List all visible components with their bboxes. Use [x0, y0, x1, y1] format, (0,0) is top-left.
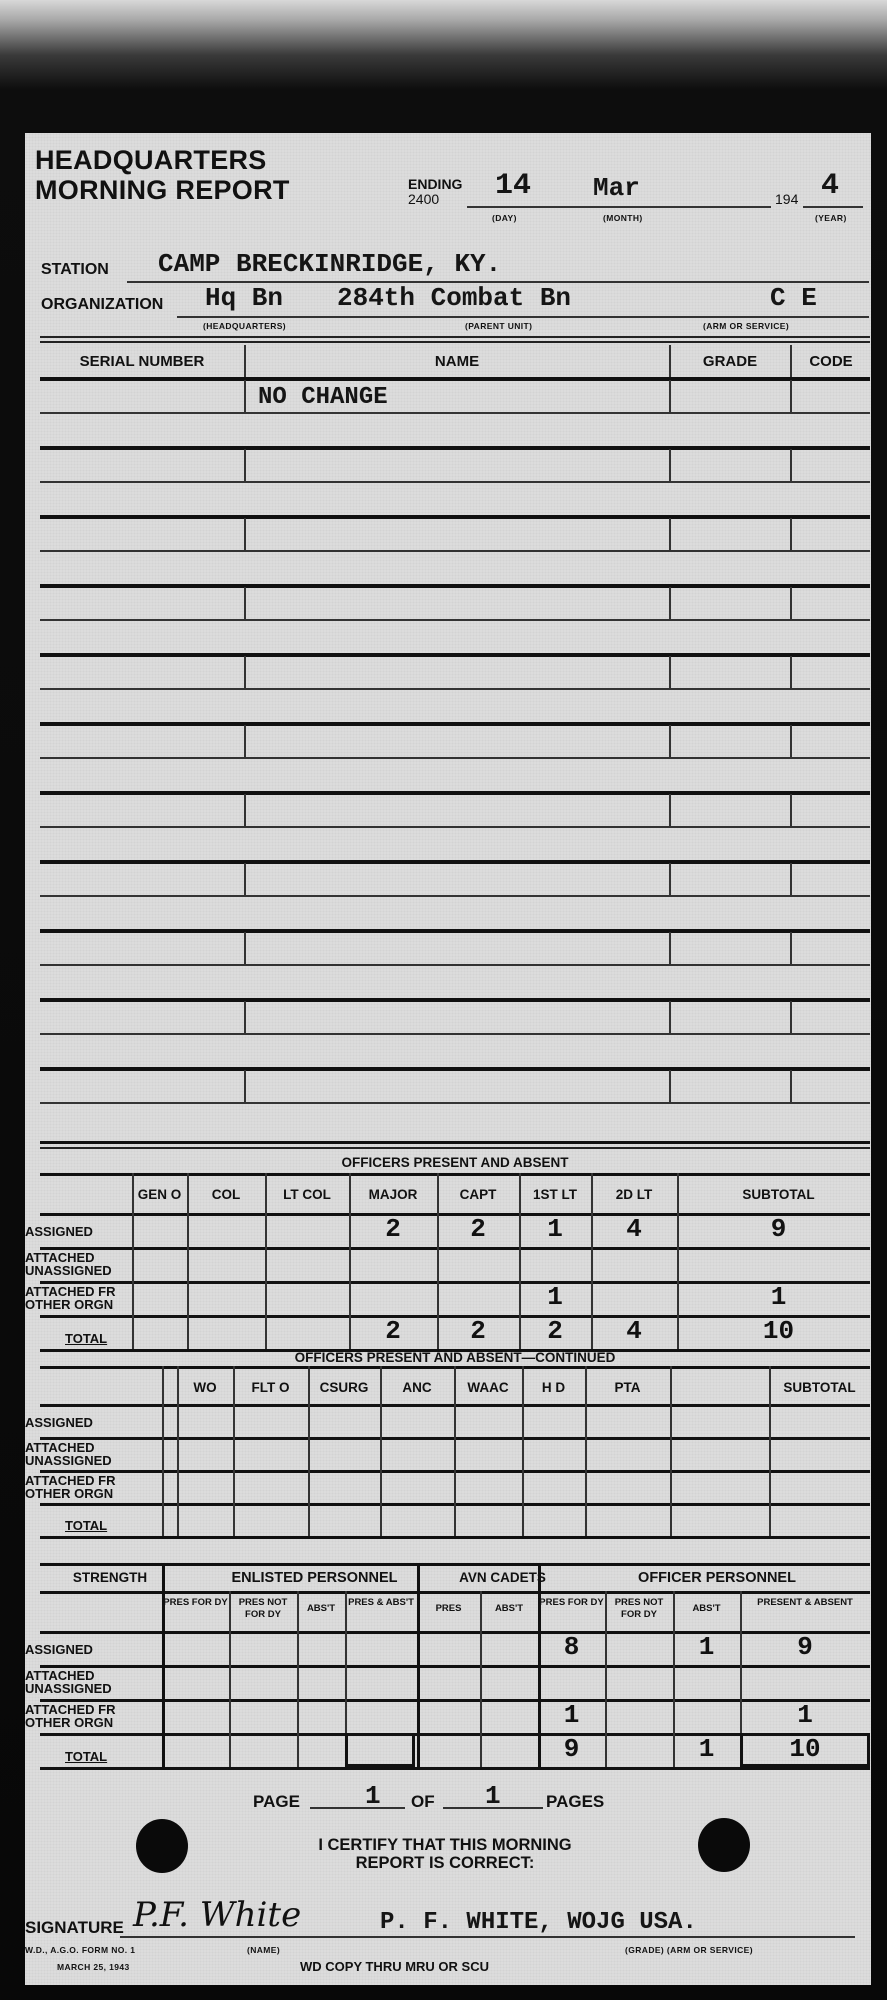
headquarters-caption: (HEADQUARTERS) — [203, 321, 286, 331]
station-label: STATION — [41, 261, 109, 279]
column-header-col: COL — [187, 1187, 265, 1202]
cell-value: 2 — [349, 1214, 437, 1244]
pages-label: PAGES — [546, 1792, 604, 1812]
row-label-assigned: ASSIGNED — [25, 1416, 145, 1429]
organization-arm: C E — [770, 283, 817, 313]
column-header-subtotal: SUBTOTAL — [769, 1380, 870, 1395]
station-value: CAMP BRECKINRIDGE, KY. — [158, 249, 501, 279]
cell-value: 2 — [437, 1316, 519, 1346]
column-divider — [669, 587, 671, 620]
column-divider — [790, 932, 792, 965]
grade-caption: (GRADE) (ARM OR SERVICE) — [625, 1945, 753, 1955]
column-divider — [244, 794, 246, 827]
of-label: OF — [411, 1792, 435, 1812]
cell-value: 1 — [740, 1700, 870, 1730]
page-number-line — [310, 1807, 405, 1809]
column-divider — [669, 1070, 671, 1103]
column-header-wo: WO — [177, 1380, 233, 1395]
organization-headquarters: Hq Bn — [205, 283, 283, 313]
row-top-rule — [40, 929, 870, 933]
column-divider — [244, 449, 246, 482]
column-header-anc: ANC — [380, 1380, 454, 1395]
year-value: 4 — [821, 169, 839, 203]
form-date: MARCH 25, 1943 — [57, 1962, 130, 1972]
column-header-pres-abs-t: PRES & ABS'T — [345, 1597, 417, 1609]
column-divider — [669, 380, 671, 413]
year-line — [803, 206, 863, 208]
row-label-total: TOTAL — [65, 1332, 107, 1345]
row-label-total: TOTAL — [65, 1519, 107, 1532]
row-top-rule — [40, 998, 870, 1002]
group-divider — [162, 1563, 165, 1767]
row-top-rule — [40, 860, 870, 864]
row-top-rule — [40, 584, 870, 588]
table-row-rule — [40, 1536, 870, 1539]
column-header-subtotal: SUBTOTAL — [677, 1187, 880, 1202]
row-label-assigned: ASSIGNED — [25, 1643, 145, 1656]
entries-end-rule-1 — [40, 1141, 870, 1144]
column-header-waac: WAAC — [454, 1380, 522, 1395]
column-divider — [790, 656, 792, 689]
punch-hole-left — [136, 1819, 188, 1873]
handwritten-signature: P.F. White — [133, 1895, 301, 1935]
row-label-attached-fr-other-orgn: ATTACHED FR OTHER ORGN — [25, 1703, 145, 1729]
day-caption: (DAY) — [492, 213, 517, 223]
cell-value: 9 — [538, 1734, 605, 1764]
column-header-abs-t: ABS'T — [297, 1603, 345, 1615]
row-label-attached-unassigned: ATTACHED UNASSIGNED — [25, 1251, 145, 1277]
column-divider — [132, 1173, 134, 1349]
day-value: 14 — [495, 169, 531, 203]
column-header-csurg: CSURG — [308, 1380, 380, 1395]
page-number: 1 — [365, 1781, 381, 1811]
form-title-line2: MORNING REPORT — [35, 175, 290, 205]
column-divider — [244, 932, 246, 965]
column-divider — [790, 863, 792, 896]
row-bottom-rule — [40, 895, 870, 897]
column-header-flt-o: FLT O — [233, 1380, 308, 1395]
table-row-rule — [40, 1767, 870, 1770]
morning-report-form: HEADQUARTERS MORNING REPORT ENDING 2400 … — [25, 133, 871, 1985]
column-divider — [244, 587, 246, 620]
column-divider — [244, 656, 246, 689]
column-divider — [790, 449, 792, 482]
cell-value: 2 — [349, 1316, 437, 1346]
column-divider — [297, 1591, 299, 1767]
cell-value: 8 — [538, 1632, 605, 1662]
column-divider — [669, 518, 671, 551]
total-pages: 1 — [485, 1781, 501, 1811]
column-divider — [669, 449, 671, 482]
row-label-total: TOTAL — [65, 1750, 107, 1763]
cell-value: 1 — [673, 1632, 740, 1662]
certification-text: I CERTIFY THAT THIS MORNING REPORT IS CO… — [265, 1836, 625, 1872]
divider — [244, 345, 246, 378]
row-top-rule — [40, 1067, 870, 1071]
row-bottom-rule — [40, 619, 870, 621]
column-divider — [244, 1001, 246, 1034]
officers-table-title: OFFICERS PRESENT AND ABSENT — [40, 1155, 870, 1170]
month-value: Mar — [593, 173, 640, 203]
year-prefix: 194 — [775, 191, 798, 207]
group-divider — [417, 1563, 420, 1767]
header-bottom-rule — [40, 377, 870, 381]
col-header-serial: SERIAL NUMBER — [40, 353, 244, 370]
column-divider — [670, 1366, 672, 1536]
column-header-pta: PTA — [585, 1380, 670, 1395]
month-caption: (MONTH) — [603, 213, 643, 223]
organization-line — [177, 316, 869, 318]
column-divider — [244, 518, 246, 551]
row-top-rule — [40, 446, 870, 450]
ending-label: ENDING 2400 — [408, 177, 462, 207]
column-divider — [480, 1591, 482, 1767]
row-bottom-rule — [40, 1102, 870, 1104]
entries-end-rule-2 — [40, 1147, 870, 1149]
officer-personnel-title: OFFICER PERSONNEL — [563, 1570, 871, 1586]
date-line — [467, 206, 771, 208]
col-header-grade: GRADE — [670, 353, 790, 370]
divider — [790, 345, 792, 378]
column-header-h-d: H D — [522, 1380, 585, 1395]
table-top-rule — [40, 1173, 870, 1176]
cell-value: 1 — [673, 1734, 740, 1764]
signature-label: SIGNATURE — [25, 1918, 124, 1938]
row-label-assigned: ASSIGNED — [25, 1225, 145, 1238]
cell-value: 9 — [740, 1632, 870, 1662]
column-divider — [244, 725, 246, 758]
column-divider — [669, 1001, 671, 1034]
strength-label: STRENGTH — [40, 1570, 180, 1585]
column-header-abs-t: ABS'T — [480, 1603, 538, 1615]
officers-continued-title: OFFICERS PRESENT AND ABSENT—CONTINUED — [40, 1350, 870, 1365]
cell-value: 2 — [437, 1214, 519, 1244]
row-bottom-rule — [40, 550, 870, 552]
cell-value: 10 — [677, 1316, 880, 1346]
officer-total-box — [740, 1733, 870, 1767]
enlisted-total-box — [345, 1733, 415, 1767]
column-header-lt-col: LT COL — [265, 1187, 349, 1202]
divider — [669, 345, 671, 378]
column-header-2d-lt: 2D LT — [591, 1187, 677, 1202]
copy-note: WD COPY THRU MRU OR SCU — [300, 1959, 489, 1974]
ending-label-text: ENDING — [408, 177, 462, 192]
row-label-attached-unassigned: ATTACHED UNASSIGNED — [25, 1669, 145, 1695]
column-header-gen-o: GEN O — [132, 1187, 187, 1202]
row-bottom-rule — [40, 1033, 870, 1035]
column-divider — [790, 725, 792, 758]
row-bottom-rule — [40, 757, 870, 759]
cell-value: 1 — [519, 1214, 591, 1244]
column-header-pres-not-for-dy: PRES NOT FOR DY — [605, 1597, 673, 1621]
row-top-rule — [40, 653, 870, 657]
row-bottom-rule — [40, 826, 870, 828]
col-header-code: CODE — [791, 353, 871, 370]
year-caption: (YEAR) — [815, 213, 847, 223]
column-divider — [669, 794, 671, 827]
name-caption: (NAME) — [247, 1945, 280, 1955]
page-label: PAGE — [253, 1792, 300, 1812]
column-divider — [790, 518, 792, 551]
row-top-rule — [40, 722, 870, 726]
enlisted-personnel-title: ENLISTED PERSONNEL — [187, 1570, 442, 1586]
column-divider — [244, 380, 246, 413]
organization-label: ORGANIZATION — [41, 296, 163, 314]
ending-time: 2400 — [408, 192, 462, 207]
header-rule-2 — [40, 341, 870, 343]
certify-line-2: REPORT IS CORRECT: — [265, 1854, 625, 1872]
column-divider — [790, 587, 792, 620]
column-header-pres-not-for-dy: PRES NOT FOR DY — [229, 1597, 297, 1621]
column-header-1st-lt: 1ST LT — [519, 1187, 591, 1202]
cell-value: 1 — [677, 1282, 880, 1312]
cell-value: 9 — [677, 1214, 880, 1244]
punch-hole-right — [698, 1818, 750, 1872]
cell-value: 1 — [538, 1700, 605, 1730]
column-divider — [790, 1001, 792, 1034]
column-divider — [244, 863, 246, 896]
cell-value: 2 — [519, 1316, 591, 1346]
column-divider — [162, 1366, 164, 1536]
table-row-rule — [40, 1247, 870, 1250]
avn-cadets-title: AVN CADETS — [445, 1570, 560, 1585]
cell-value: 4 — [591, 1316, 677, 1346]
column-divider — [790, 794, 792, 827]
column-divider — [669, 863, 671, 896]
col-header-name: NAME — [245, 353, 669, 370]
column-header-pres: PRES — [417, 1603, 480, 1615]
typed-signature: P. F. WHITE, WOJG USA. — [380, 1909, 697, 1936]
row-bottom-rule — [40, 688, 870, 690]
row-label-attached-unassigned: ATTACHED UNASSIGNED — [25, 1441, 145, 1467]
column-divider — [669, 656, 671, 689]
column-divider — [669, 932, 671, 965]
row-label-attached-fr-other-orgn: ATTACHED FR OTHER ORGN — [25, 1285, 145, 1311]
column-divider — [244, 1070, 246, 1103]
form-title-line1: HEADQUARTERS — [35, 145, 267, 175]
column-header-capt: CAPT — [437, 1187, 519, 1202]
column-divider — [669, 725, 671, 758]
column-divider — [790, 1070, 792, 1103]
entry-name: NO CHANGE — [258, 384, 388, 411]
column-header-pres-for-dy: PRES FOR DY — [162, 1597, 229, 1609]
row-top-rule — [40, 515, 870, 519]
row-bottom-rule — [40, 481, 870, 483]
signature-line — [120, 1936, 855, 1938]
row-bottom-rule — [40, 964, 870, 966]
column-header-pres-for-dy: PRES FOR DY — [538, 1597, 605, 1609]
row-bottom-rule — [40, 412, 870, 414]
certify-line-1: I CERTIFY THAT THIS MORNING — [265, 1836, 625, 1854]
row-top-rule — [40, 791, 870, 795]
cell-value: 4 — [591, 1214, 677, 1244]
cell-value: 1 — [519, 1282, 591, 1312]
column-header-present-absent: PRESENT & ABSENT — [740, 1597, 870, 1609]
organization-parent-unit: 284th Combat Bn — [337, 283, 571, 313]
column-header-major: MAJOR — [349, 1187, 437, 1202]
row-label-attached-fr-other-orgn: ATTACHED FR OTHER ORGN — [25, 1474, 145, 1500]
form-number: W.D., A.G.O. FORM NO. 1 — [25, 1945, 135, 1955]
column-divider — [790, 380, 792, 413]
column-header-abs-t: ABS'T — [673, 1603, 740, 1615]
header-rule-1 — [40, 336, 870, 338]
arm-caption: (ARM OR SERVICE) — [703, 321, 789, 331]
parent-unit-caption: (PARENT UNIT) — [465, 321, 532, 331]
